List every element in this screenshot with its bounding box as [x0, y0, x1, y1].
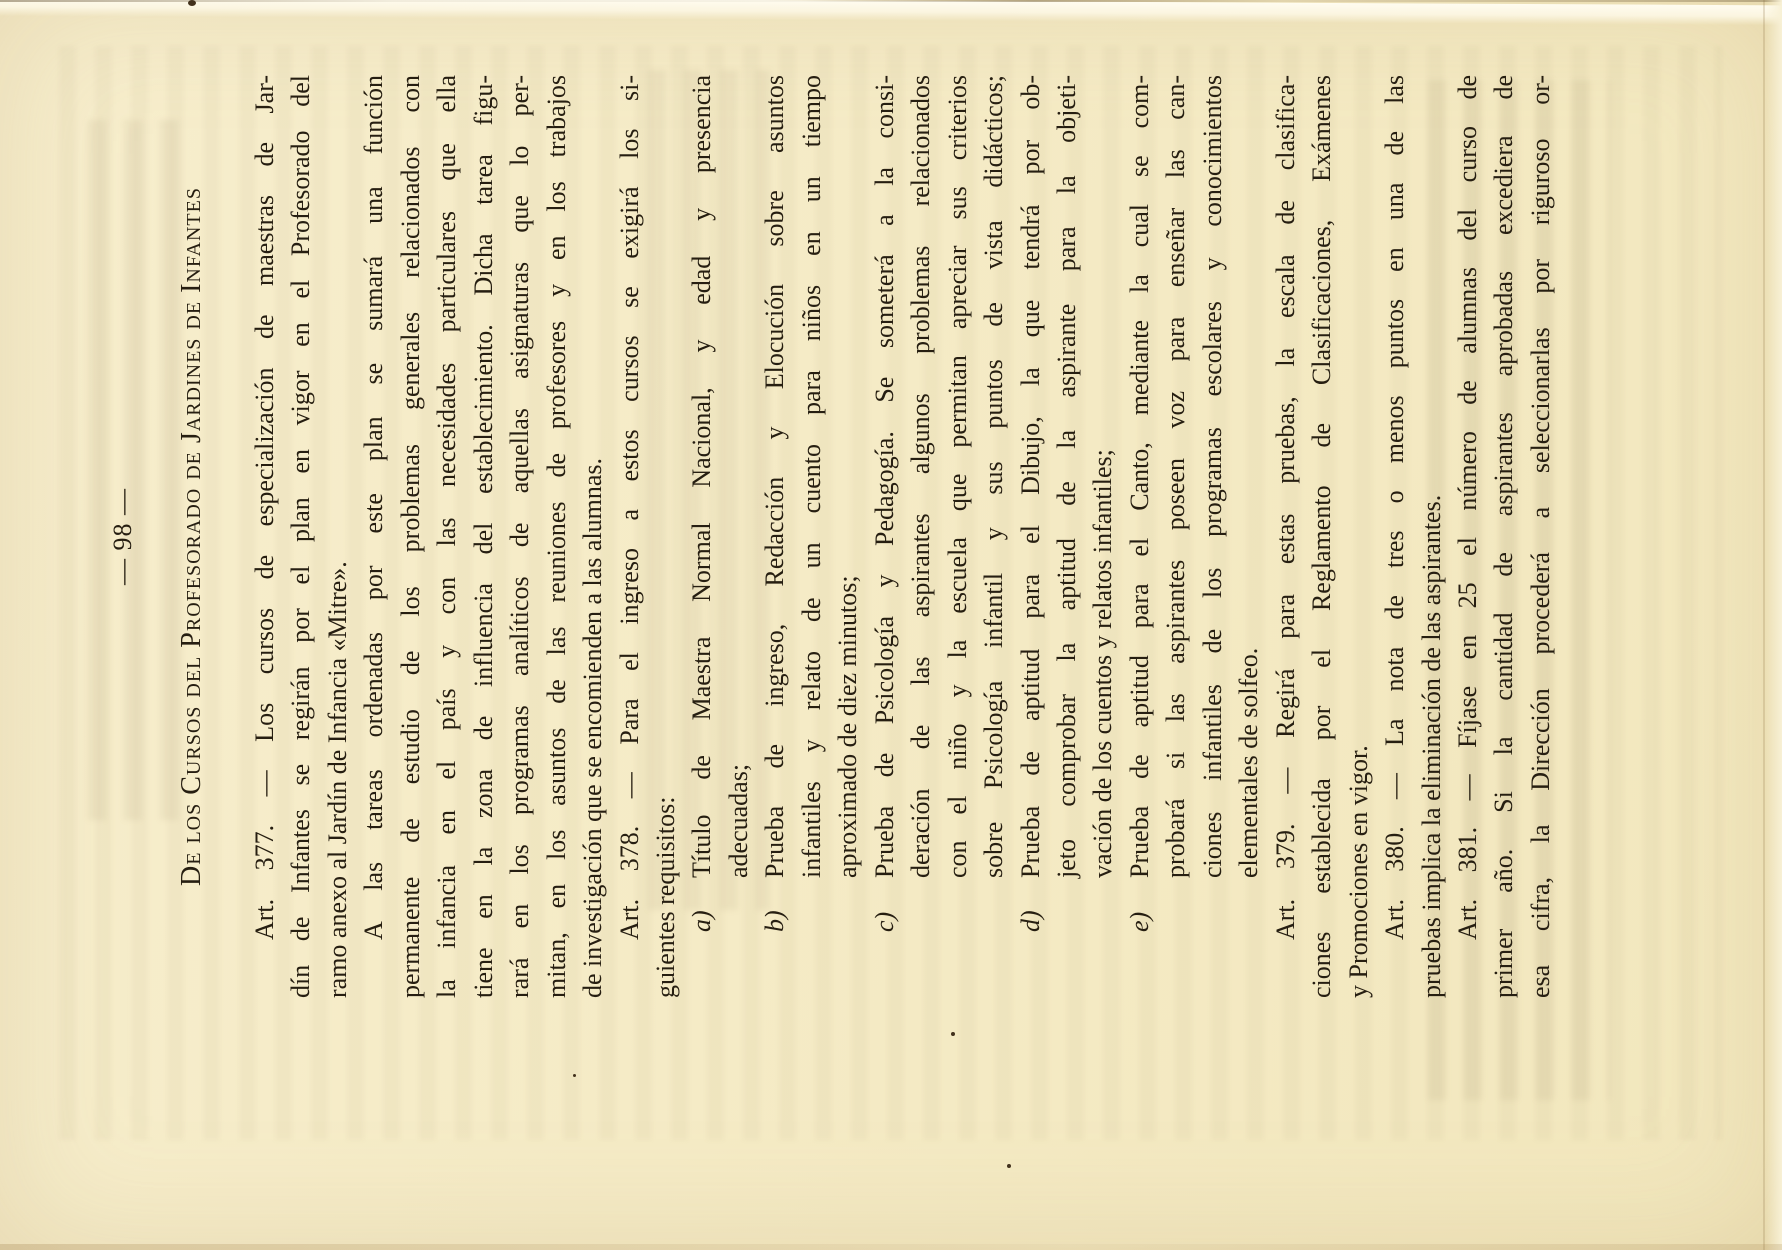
text-line-content: guientes requisitos:	[651, 797, 680, 998]
text-line: la infancia en el país y con las necesid…	[429, 75, 465, 998]
text-line: c)Prueba de Psicología y Pedagogía. Se s…	[867, 75, 903, 998]
text-line-content: ramo anexo al Jardín de Infancia «Mitre»…	[323, 561, 352, 998]
text-line-content: A las tareas ordenadas por este plan se …	[359, 75, 388, 940]
text-line: elementales de solfeo.	[1231, 75, 1267, 998]
text-line: a)Título de Maestra Normal Nacional, y e…	[684, 75, 720, 998]
text-line: y Promociones en vigor.	[1341, 75, 1377, 998]
text-line: esa cifra, la Dirección procederá a sele…	[1523, 75, 1559, 998]
text-line-content: permanente de estudio de los problemas g…	[396, 75, 425, 998]
text-line-content: primer año. Si la cantidad de aspirantes…	[1489, 75, 1518, 998]
list-item-marker: e)	[1122, 912, 1158, 932]
page-right-crease	[1763, 0, 1765, 1250]
paper-speck	[1007, 1164, 1011, 1168]
text-line: ramo anexo al Jardín de Infancia «Mitre»…	[320, 75, 356, 998]
paper-speck	[573, 1074, 576, 1077]
text-line: ciones infantiles de los programas escol…	[1195, 75, 1231, 998]
text-line: tiene en la zona de influencia del estab…	[466, 75, 502, 998]
text-line: infantiles y relato de un cuento para ni…	[794, 75, 830, 998]
text-line: Art. 378. — Para el ingreso a estos curs…	[612, 75, 648, 998]
text-line-content: ciones establecida por el Reglamento de …	[1307, 75, 1336, 998]
text-line: guientes requisitos:	[648, 75, 684, 998]
paper-speck	[951, 1032, 955, 1036]
text-line: ciones establecida por el Reglamento de …	[1304, 75, 1340, 998]
text-line-content: aproximado de diez minutos;	[833, 575, 862, 878]
text-line-content: Prueba de Psicología y Pedagogía. Se som…	[870, 75, 899, 878]
text-line-content: probará si las aspirantes poseen voz par…	[1161, 75, 1190, 878]
text-line: d)Prueba de aptitud para el Dibujo, la q…	[1013, 75, 1049, 998]
text-line: con el niño y la escuela que permitan ap…	[940, 75, 976, 998]
text-line-content: mitan, en los asuntos de las reuniones d…	[542, 75, 571, 998]
text-line-content: y Promociones en vigor.	[1344, 745, 1373, 998]
text-line-content: Prueba de ingreso, Redacción y Elocución…	[760, 75, 789, 878]
text-line: aproximado de diez minutos;	[830, 75, 866, 998]
text-line-content: con el niño y la escuela que permitan ap…	[943, 75, 972, 878]
text-line-content: Prueba de aptitud para el Dibujo, la que…	[1016, 75, 1045, 878]
text-line-content: Art. 378. — Para el ingreso a estos curs…	[615, 75, 644, 940]
text-line-content: dín de Infantes se regirán por el plan e…	[286, 75, 315, 998]
list-item-marker: d)	[1013, 910, 1049, 932]
text-line-content: de investigación que se encomienden a la…	[578, 458, 607, 998]
list-item-marker: a)	[684, 910, 720, 932]
text-line-content: Título de Maestra Normal Nacional, y eda…	[687, 75, 716, 878]
text-line-content: Art. 377. — Los cursos de especializació…	[250, 75, 279, 940]
text-line-content: Art. 380. — La nota de tres o menos punt…	[1380, 75, 1409, 940]
text-line-content: pruebas implica la eliminación de las as…	[1417, 495, 1446, 998]
body-text: Art. 377. — Los cursos de especializació…	[247, 75, 1559, 998]
page-number: — 98 —	[108, 75, 138, 998]
text-line: mitan, en los asuntos de las reuniones d…	[539, 75, 575, 998]
text-line: rará en los programas analíticos de aque…	[502, 75, 538, 998]
page-top-hairline	[0, 0, 1782, 2]
paper-speck	[188, 0, 196, 6]
text-line: permanente de estudio de los problemas g…	[393, 75, 429, 998]
text-line: sobre Psicología infantil y sus puntos d…	[976, 75, 1012, 998]
text-line: vación de los cuentos y relatos infantil…	[1085, 75, 1121, 998]
text-line-content: deración de las aspirantes algunos probl…	[906, 75, 935, 878]
text-line-content: ciones infantiles de los programas escol…	[1198, 75, 1227, 878]
page-sheet: — 98 — De los Cursos del Profesorado de …	[0, 0, 1782, 1250]
scanned-book-page: — 98 — De los Cursos del Profesorado de …	[0, 0, 1782, 1250]
text-line-content: la infancia en el país y con las necesid…	[432, 75, 461, 998]
text-line-content: Prueba de aptitud para el Canto, mediant…	[1125, 75, 1154, 878]
text-line: primer año. Si la cantidad de aspirantes…	[1486, 75, 1522, 998]
list-item-marker: c)	[867, 912, 903, 932]
text-line-content: jeto comprobar la aptitud de la aspirant…	[1052, 75, 1081, 878]
text-line-content: adecuadas;	[724, 764, 753, 878]
text-line-content: vación de los cuentos y relatos infantil…	[1088, 449, 1117, 878]
text-line-content: esa cifra, la Dirección procederá a sele…	[1526, 75, 1555, 998]
text-line: Art. 377. — Los cursos de especializació…	[247, 75, 283, 998]
text-line: Art. 379. — Regirá para estas pruebas, l…	[1268, 75, 1304, 998]
text-line-content: Art. 381. — Fíjase en 25 el número de al…	[1453, 75, 1482, 940]
text-line: Art. 381. — Fíjase en 25 el número de al…	[1450, 75, 1486, 998]
text-line: e)Prueba de aptitud para el Canto, media…	[1122, 75, 1158, 998]
text-line-content: Art. 379. — Regirá para estas pruebas, l…	[1271, 75, 1300, 940]
text-line: A las tareas ordenadas por este plan se …	[356, 75, 392, 998]
text-line-content: sobre Psicología infantil y sus puntos d…	[979, 75, 1008, 878]
text-line: jeto comprobar la aptitud de la aspirant…	[1049, 75, 1085, 998]
page-right-edge	[1766, 0, 1782, 1250]
text-line: pruebas implica la eliminación de las as…	[1414, 75, 1450, 998]
text-line: probará si las aspirantes poseen voz par…	[1158, 75, 1194, 998]
list-item-marker: b)	[757, 910, 793, 932]
text-line: deración de las aspirantes algunos probl…	[903, 75, 939, 998]
section-title: De los Cursos del Profesorado de Jardine…	[176, 75, 208, 998]
text-line: Art. 380. — La nota de tres o menos punt…	[1377, 75, 1413, 998]
text-line-content: elementales de solfeo.	[1234, 648, 1263, 878]
text-line-content: tiene en la zona de influencia del estab…	[469, 75, 498, 998]
text-line: dín de Infantes se regirán por el plan e…	[283, 75, 319, 998]
page-bottom-edge	[0, 1244, 1782, 1250]
text-line-content: infantiles y relato de un cuento para ni…	[797, 75, 826, 878]
text-line: b)Prueba de ingreso, Redacción y Elocuci…	[757, 75, 793, 998]
text-line-content: rará en los programas analíticos de aque…	[505, 75, 534, 998]
text-line: de investigación que se encomienden a la…	[575, 75, 611, 998]
text-line: adecuadas;	[721, 75, 757, 998]
